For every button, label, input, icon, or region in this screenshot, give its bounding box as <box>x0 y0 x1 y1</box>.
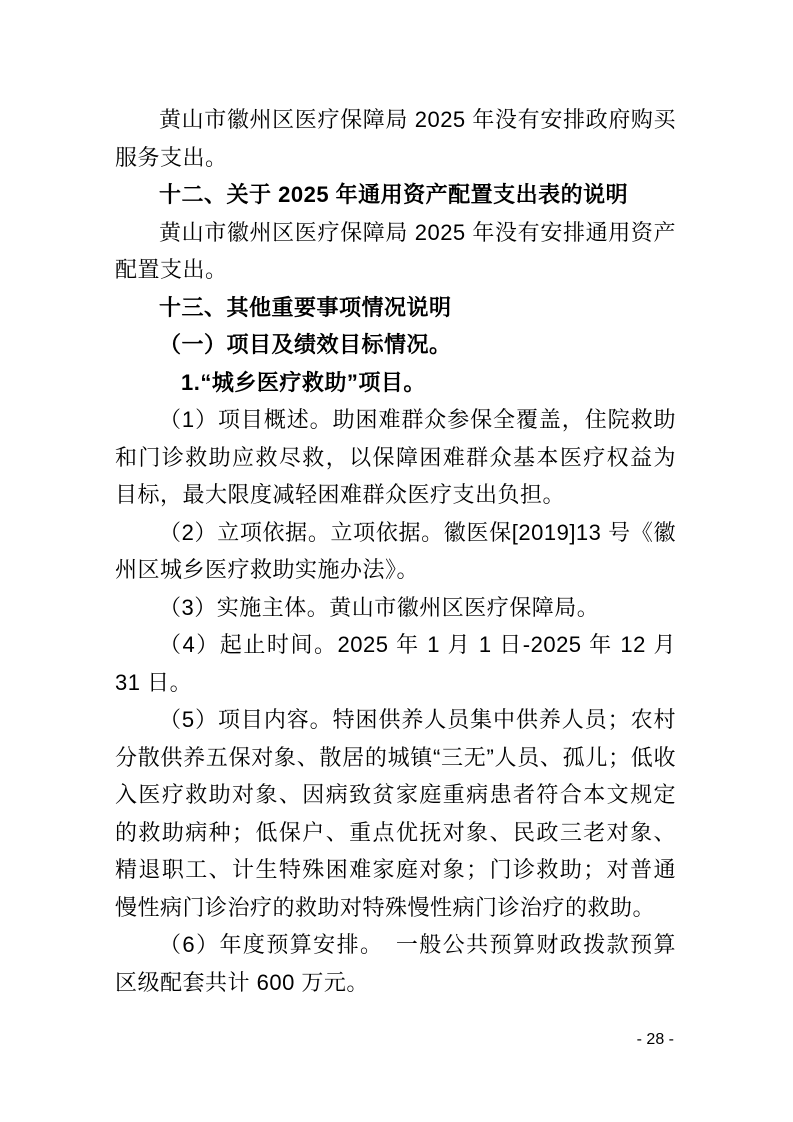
subsection-heading-1: （一）项目及绩效目标情况。 <box>115 326 676 364</box>
paragraph-gov-purchase: 黄山市徽州区医疗保障局 2025 年没有安排政府购买服务支出。 <box>115 101 676 176</box>
document-body: 黄山市徽州区医疗保障局 2025 年没有安排政府购买服务支出。 十二、关于 20… <box>115 101 676 1001</box>
section-heading-12: 十二、关于 2025 年通用资产配置支出表的说明 <box>115 176 676 214</box>
document-page: 黄山市徽州区医疗保障局 2025 年没有安排政府购买服务支出。 十二、关于 20… <box>0 0 793 1122</box>
project-heading-medical-aid: 1.“城乡医疗救助”项目。 <box>115 364 676 402</box>
page-number: - 28 - <box>637 1028 674 1052</box>
paragraph-project-basis: （2）立项依据。立项依据。徽医保[2019]13 号《徽州区城乡医疗救助实施办法… <box>115 514 676 589</box>
paragraph-project-period: （4）起止时间。2025 年 1 月 1 日-2025 年 12 月 31 日。 <box>115 626 676 701</box>
section-heading-13: 十三、其他重要事项情况说明 <box>115 289 676 327</box>
paragraph-project-overview: （1）项目概述。助困难群众参保全覆盖，住院救助和门诊救助应救尽救，以保障困难群众… <box>115 401 676 514</box>
paragraph-asset-allocation: 黄山市徽州区医疗保障局 2025 年没有安排通用资产配置支出。 <box>115 214 676 289</box>
paragraph-project-budget: （6）年度预算安排。 一般公共预算财政拨款预算区级配套共计 600 万元。 <box>115 926 676 1001</box>
paragraph-project-content: （5）项目内容。特困供养人员集中供养人员；农村分散供养五保对象、散居的城镇“三无… <box>115 701 676 926</box>
paragraph-project-entity: （3）实施主体。黄山市徽州区医疗保障局。 <box>115 589 676 627</box>
